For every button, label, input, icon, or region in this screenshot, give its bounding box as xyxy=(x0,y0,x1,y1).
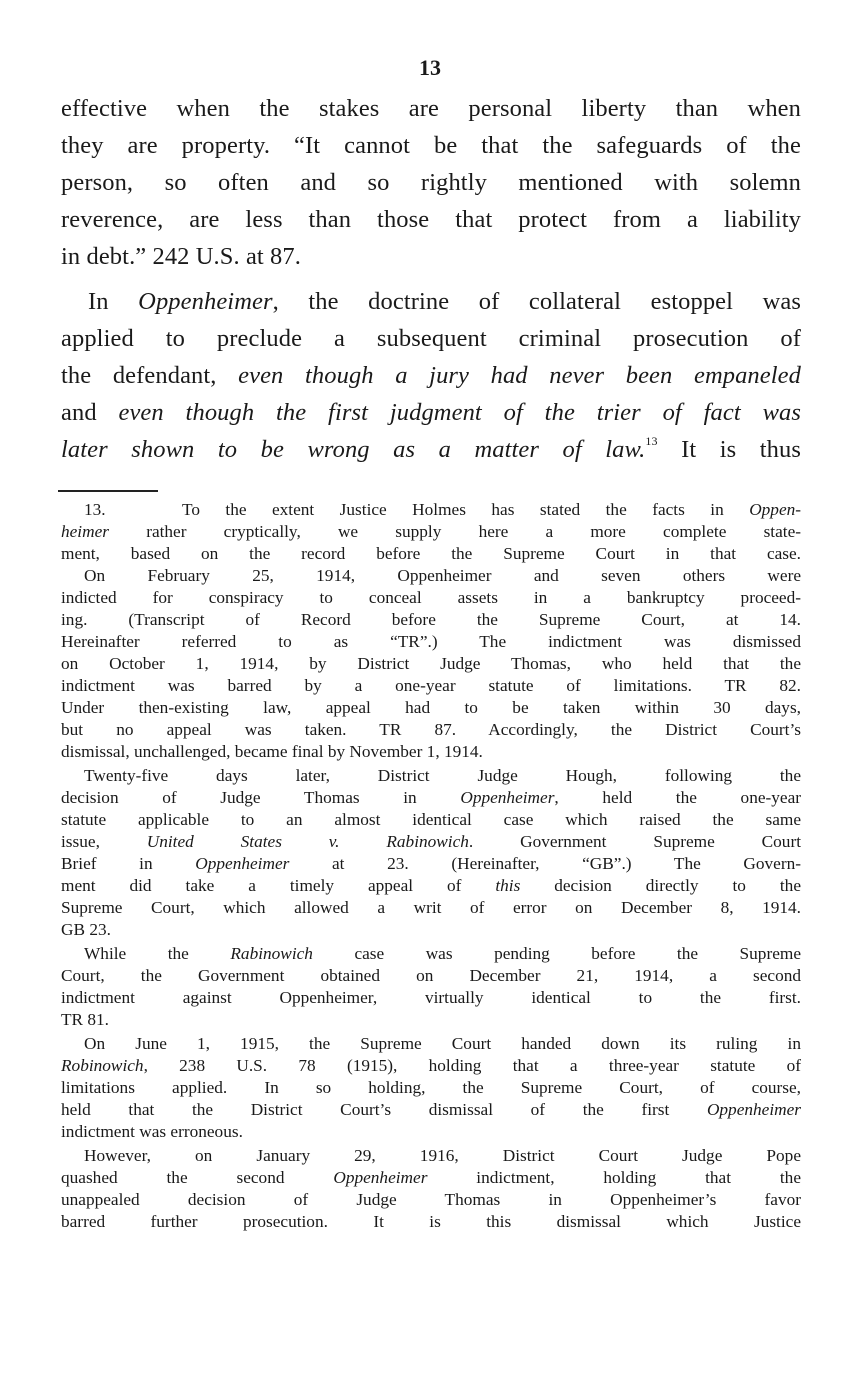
body-line: the defendant, even though a jury had ne… xyxy=(61,362,801,390)
body-line: In Oppenheimer, the doctrine of collater… xyxy=(88,288,801,316)
text: In xyxy=(88,288,138,315)
footnote-line: ment did take a timely appeal of this de… xyxy=(61,876,801,896)
text: It is thus xyxy=(658,436,801,463)
footnote-line: On February 25, 1914, Oppenheimer and se… xyxy=(84,566,801,586)
footnote-line: indictment was barred by a one-year stat… xyxy=(61,676,801,696)
footnote-line: ing. (Transcript of Record before the Su… xyxy=(61,610,801,630)
case-name-italic: heimer xyxy=(61,522,109,541)
text: decision of Judge Thomas in xyxy=(61,788,460,807)
footnote-line: However, on January 29, 1916, District C… xyxy=(84,1146,801,1166)
emphasis-italic: this xyxy=(495,876,520,895)
case-name-italic: Oppenheimer xyxy=(138,288,272,315)
footnote-line: Under then-existing law, appeal had to b… xyxy=(61,698,801,718)
footnote-line: statute applicable to an almost identica… xyxy=(61,810,801,830)
footnote-line: Twenty-five days later, District Judge H… xyxy=(84,766,801,786)
footnote-line: barred further prosecution. It is this d… xyxy=(61,1212,801,1232)
body-line: later shown to be wrong as a matter of l… xyxy=(61,436,801,464)
body-line: reverence, are less than those that prot… xyxy=(61,206,801,234)
text: indictment, holding that the xyxy=(427,1168,801,1187)
text: quashed the second xyxy=(61,1168,333,1187)
body-line: person, so often and so rightly mentione… xyxy=(61,169,801,197)
text: Brief in xyxy=(61,854,195,873)
footnote-line: Brief in Oppenheimer at 23. (Hereinafter… xyxy=(61,854,801,874)
footnote-line: unappealed decision of Judge Thomas in O… xyxy=(61,1190,801,1210)
footnote-divider xyxy=(58,490,158,492)
case-name-italic: Oppenheimer xyxy=(195,854,289,873)
text: , the doctrine of collateral estoppel wa… xyxy=(273,288,801,315)
footnote-line: quashed the second Oppenheimer indictmen… xyxy=(61,1168,801,1188)
footnote-line: dismissal, unchallenged, became final by… xyxy=(61,742,801,762)
footnote-line: indicted for conspiracy to conceal asset… xyxy=(61,588,801,608)
case-name-italic: Oppenheimer xyxy=(333,1168,427,1187)
case-name-italic: United States v. Rabinowich xyxy=(147,832,469,851)
text: . Government Supreme Court xyxy=(469,832,801,851)
footnote-number: 13. xyxy=(84,500,106,519)
footnote-line: indictment against Oppenheimer, virtuall… xyxy=(61,988,801,1008)
text: , held the one-year xyxy=(554,788,801,807)
footnote-line: issue, United States v. Rabinowich. Gove… xyxy=(61,832,801,852)
case-name-italic: Rabinowich xyxy=(230,944,313,963)
case-name-italic: Oppenheimer xyxy=(460,788,554,807)
body-line: in debt.” 242 U.S. at 87. xyxy=(61,243,801,271)
emphasis-italic: later shown to be wrong as a matter of l… xyxy=(61,436,645,463)
case-name-italic: Oppen- xyxy=(749,500,801,519)
footnote-line: GB 23. xyxy=(61,920,801,940)
footnote-line: but no appeal was taken. TR 87. Accordin… xyxy=(61,720,801,740)
document-page: 13 effective when the stakes are persona… xyxy=(0,0,860,1379)
footnote-line: While the Rabinowich case was pending be… xyxy=(84,944,801,964)
text: , 238 U.S. 78 (1915), holding that a thr… xyxy=(144,1056,801,1075)
footnote-line: heimer rather cryptically, we supply her… xyxy=(61,522,801,542)
text: While the xyxy=(84,944,230,963)
footnote-line: Supreme Court, which allowed a writ of e… xyxy=(61,898,801,918)
case-name-italic: Oppenheimer xyxy=(707,1100,801,1119)
footnote-ref-13[interactable]: 13 xyxy=(645,434,657,448)
footnote-line: decision of Judge Thomas in Oppenheimer,… xyxy=(61,788,801,808)
text: ment did take a timely appeal of xyxy=(61,876,495,895)
text: issue, xyxy=(61,832,147,851)
text: To the extent Justice Holmes has stated … xyxy=(182,500,749,519)
text: at 23. (Hereinafter, “GB”.) The Govern- xyxy=(289,854,801,873)
body-line: effective when the stakes are personal l… xyxy=(61,95,801,123)
footnote-line: limitations applied. In so holding, the … xyxy=(61,1078,801,1098)
footnote-line: ment, based on the record before the Sup… xyxy=(61,544,801,564)
text: case was pending before the Supreme xyxy=(313,944,801,963)
text: decision directly to the xyxy=(520,876,801,895)
footnote-line: indictment was erroneous. xyxy=(61,1122,801,1142)
footnote-line: Robinowich, 238 U.S. 78 (1915), holding … xyxy=(61,1056,801,1076)
footnote-line: held that the District Court’s dismissal… xyxy=(61,1100,801,1120)
footnote-line: on October 1, 1914, by District Judge Th… xyxy=(61,654,801,674)
footnote-line: TR 81. xyxy=(61,1010,801,1030)
body-line: and even though the first judgment of th… xyxy=(61,399,801,427)
emphasis-italic: even though the first judgment of the tr… xyxy=(118,399,801,426)
footnote-line: 13. To the extent Justice Holmes has sta… xyxy=(84,500,801,520)
page-number: 13 xyxy=(0,55,860,81)
emphasis-italic: even though a jury had never been empane… xyxy=(238,362,801,389)
text: and xyxy=(61,399,118,426)
text: the defendant, xyxy=(61,362,238,389)
text: held that the District Court’s dismissal… xyxy=(61,1100,707,1119)
case-name-italic: Robinowich xyxy=(61,1056,144,1075)
footnote-line: On June 1, 1915, the Supreme Court hande… xyxy=(84,1034,801,1054)
footnote-line: Court, the Government obtained on Decemb… xyxy=(61,966,801,986)
body-line: applied to preclude a subsequent crimina… xyxy=(61,325,801,353)
body-line: they are property. “It cannot be that th… xyxy=(61,132,801,160)
text: rather cryptically, we supply here a mor… xyxy=(109,522,801,541)
footnote-line: Hereinafter referred to as “TR”.) The in… xyxy=(61,632,801,652)
